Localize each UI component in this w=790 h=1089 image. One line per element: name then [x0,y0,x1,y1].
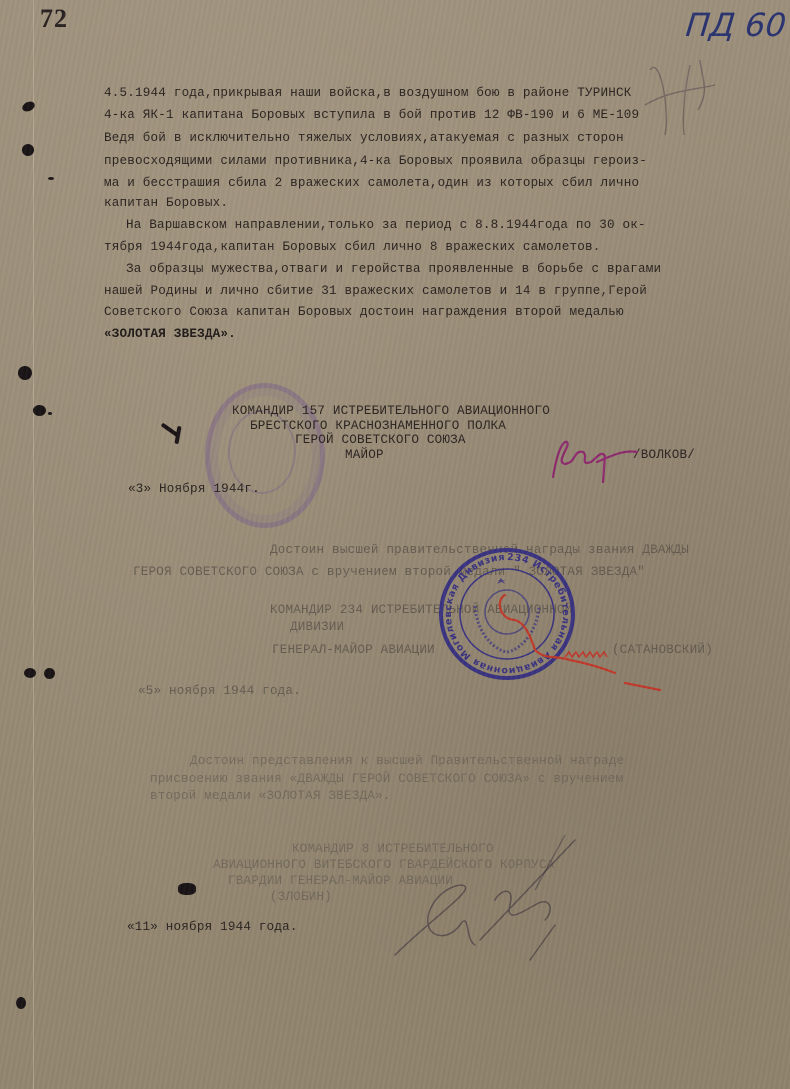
award-name: «ЗОЛОТАЯ ЗВЕЗДА». [104,327,236,341]
division-signature-line: ГЕНЕРАЛ-МАЙОР АВИАЦИИ [272,643,435,657]
corps-endorsement-line: второй медали «ЗОЛОТАЯ ЗВЕЗДА». [150,789,390,803]
binding-hole [178,883,196,895]
archival-document-page: 72 ПД 60 4.5.1944 года,прикрывая наши во… [0,0,790,1089]
narrative-line: Ведя бой в исключительно тяжелых условия… [104,131,624,145]
volkov-signature [545,432,640,487]
regiment-signature-line: МАЙОР [345,448,384,462]
regiment-signature-date: «3» Ноября 1944г. [128,482,260,496]
ink-mark [174,426,181,444]
binding-hole [48,412,52,415]
corps-signature-date: «11» ноября 1944 года. [127,920,298,934]
pencil-mark [640,50,720,140]
narrative-line: За образцы мужества,отваги и геройства п… [126,262,661,276]
zlobin-signature [385,830,605,970]
sheet-number: 72 [40,4,68,34]
regiment-signature-line: ГЕРОЙ СОВЕТСКОГО СОЮЗА [295,433,466,447]
division-signature-date: «5» ноября 1944 года. [138,684,301,698]
binding-hole [48,177,54,180]
narrative-line: нашей Родины и лично сбитие 31 вражеских… [104,284,647,298]
satanovsky-signature [475,575,675,695]
regiment-signature-line: БРЕСТСКОГО КРАСНОЗНАМЕННОГО ПОЛКА [250,419,506,433]
regiment-signature-line: КОМАНДИР 157 ИСТРЕБИТЕЛЬНОГО АВИАЦИОННОГ… [232,404,550,418]
narrative-line: 4.5.1944 года,прикрывая наши войска,в во… [104,86,632,100]
paper-fold-line [33,0,34,1089]
archive-mark: ПД 60 [684,6,788,44]
narrative-line: На Варшавском направлении,только за пери… [126,218,646,232]
narrative-line: тября 1944года,капитан Боровых сбил личн… [104,240,600,254]
regiment-commander-name: /ВОЛКОВ/ [633,448,695,462]
narrative-line: Советского Союза капитан Боровых достоин… [104,305,624,319]
binding-hole [22,144,34,156]
narrative-line: ма и бесстрашия сбила 2 вражеских самоле… [104,176,639,190]
corps-commander-name: (ЗЛОБИН) [270,890,332,904]
binding-hole [44,668,55,679]
division-signature-line: ДИВИЗИИ [290,620,344,634]
binding-hole [24,668,36,678]
binding-hole [33,405,46,416]
narrative-line: 4-ка ЯК-1 капитана Боровых вступила в бо… [104,108,639,122]
narrative-line: превосходящими силами противника,4-ка Бо… [104,154,647,168]
corps-endorsement-line: Достоин представления к высшей Правитель… [190,754,624,768]
binding-hole [16,997,26,1009]
corps-endorsement-line: присвоению звания «ДВАЖДЫ ГЕРОЙ СОВЕТСКО… [150,772,623,786]
binding-hole [18,366,32,380]
narrative-line: капитан Боровых. [104,196,228,210]
